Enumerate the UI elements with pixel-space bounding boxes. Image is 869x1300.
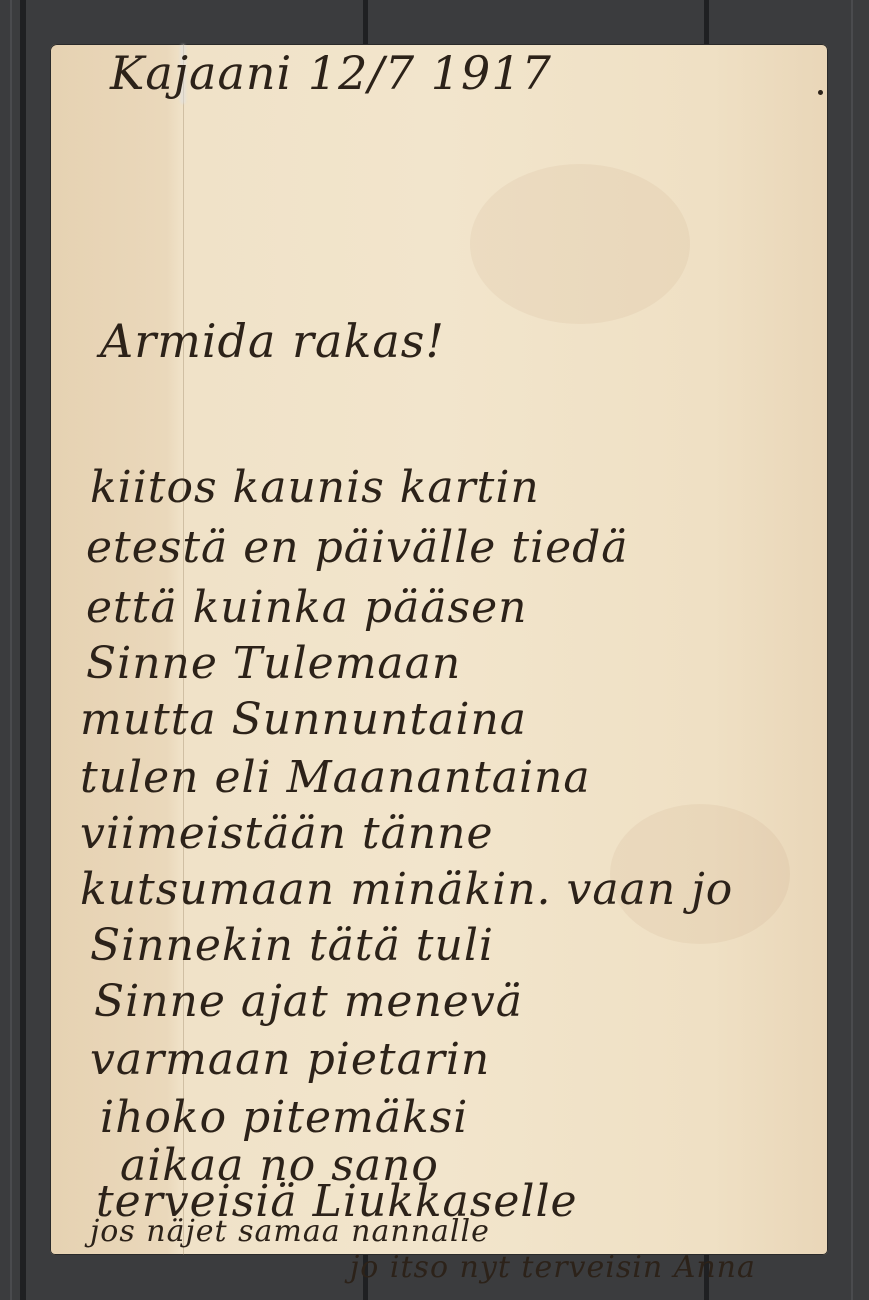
closing-line: jo itso nyt terveisin Anna — [350, 1250, 756, 1285]
body-line: ihoko pitemäksi — [100, 1092, 468, 1143]
body-line: jos näjet samaa nannalle — [90, 1214, 490, 1249]
ink-spot — [818, 90, 823, 95]
album-strip-left-edge — [10, 0, 12, 1300]
body-line: Sinne ajat menevä — [94, 976, 523, 1027]
body-line: että kuinka pääsen — [86, 582, 528, 633]
body-line: Sinnekin tätä tuli — [90, 920, 494, 971]
body-line: varmaan pietarin — [90, 1034, 490, 1085]
body-line: viimeistään tänne — [80, 808, 494, 859]
album-strip-right-edge — [851, 0, 853, 1300]
body-line: etestä en päivälle tiedä — [86, 522, 629, 573]
body-line: mutta Sunnuntaina — [80, 694, 527, 745]
place-date: Kajaani 12/7 1917 — [110, 46, 552, 100]
album-strip-left — [20, 0, 26, 1300]
body-line: kutsumaan minäkin. vaan jo — [80, 864, 733, 915]
body-line: tulen eli Maanantaina — [80, 752, 591, 803]
postcard: Kajaani 12/7 1917 Armida rakas! kiitos k… — [50, 44, 828, 1255]
body-line: kiitos kaunis kartin — [90, 462, 540, 513]
paper-stain — [470, 164, 690, 324]
salutation: Armida rakas! — [100, 314, 445, 368]
body-line: Sinne Tulemaan — [86, 638, 461, 689]
